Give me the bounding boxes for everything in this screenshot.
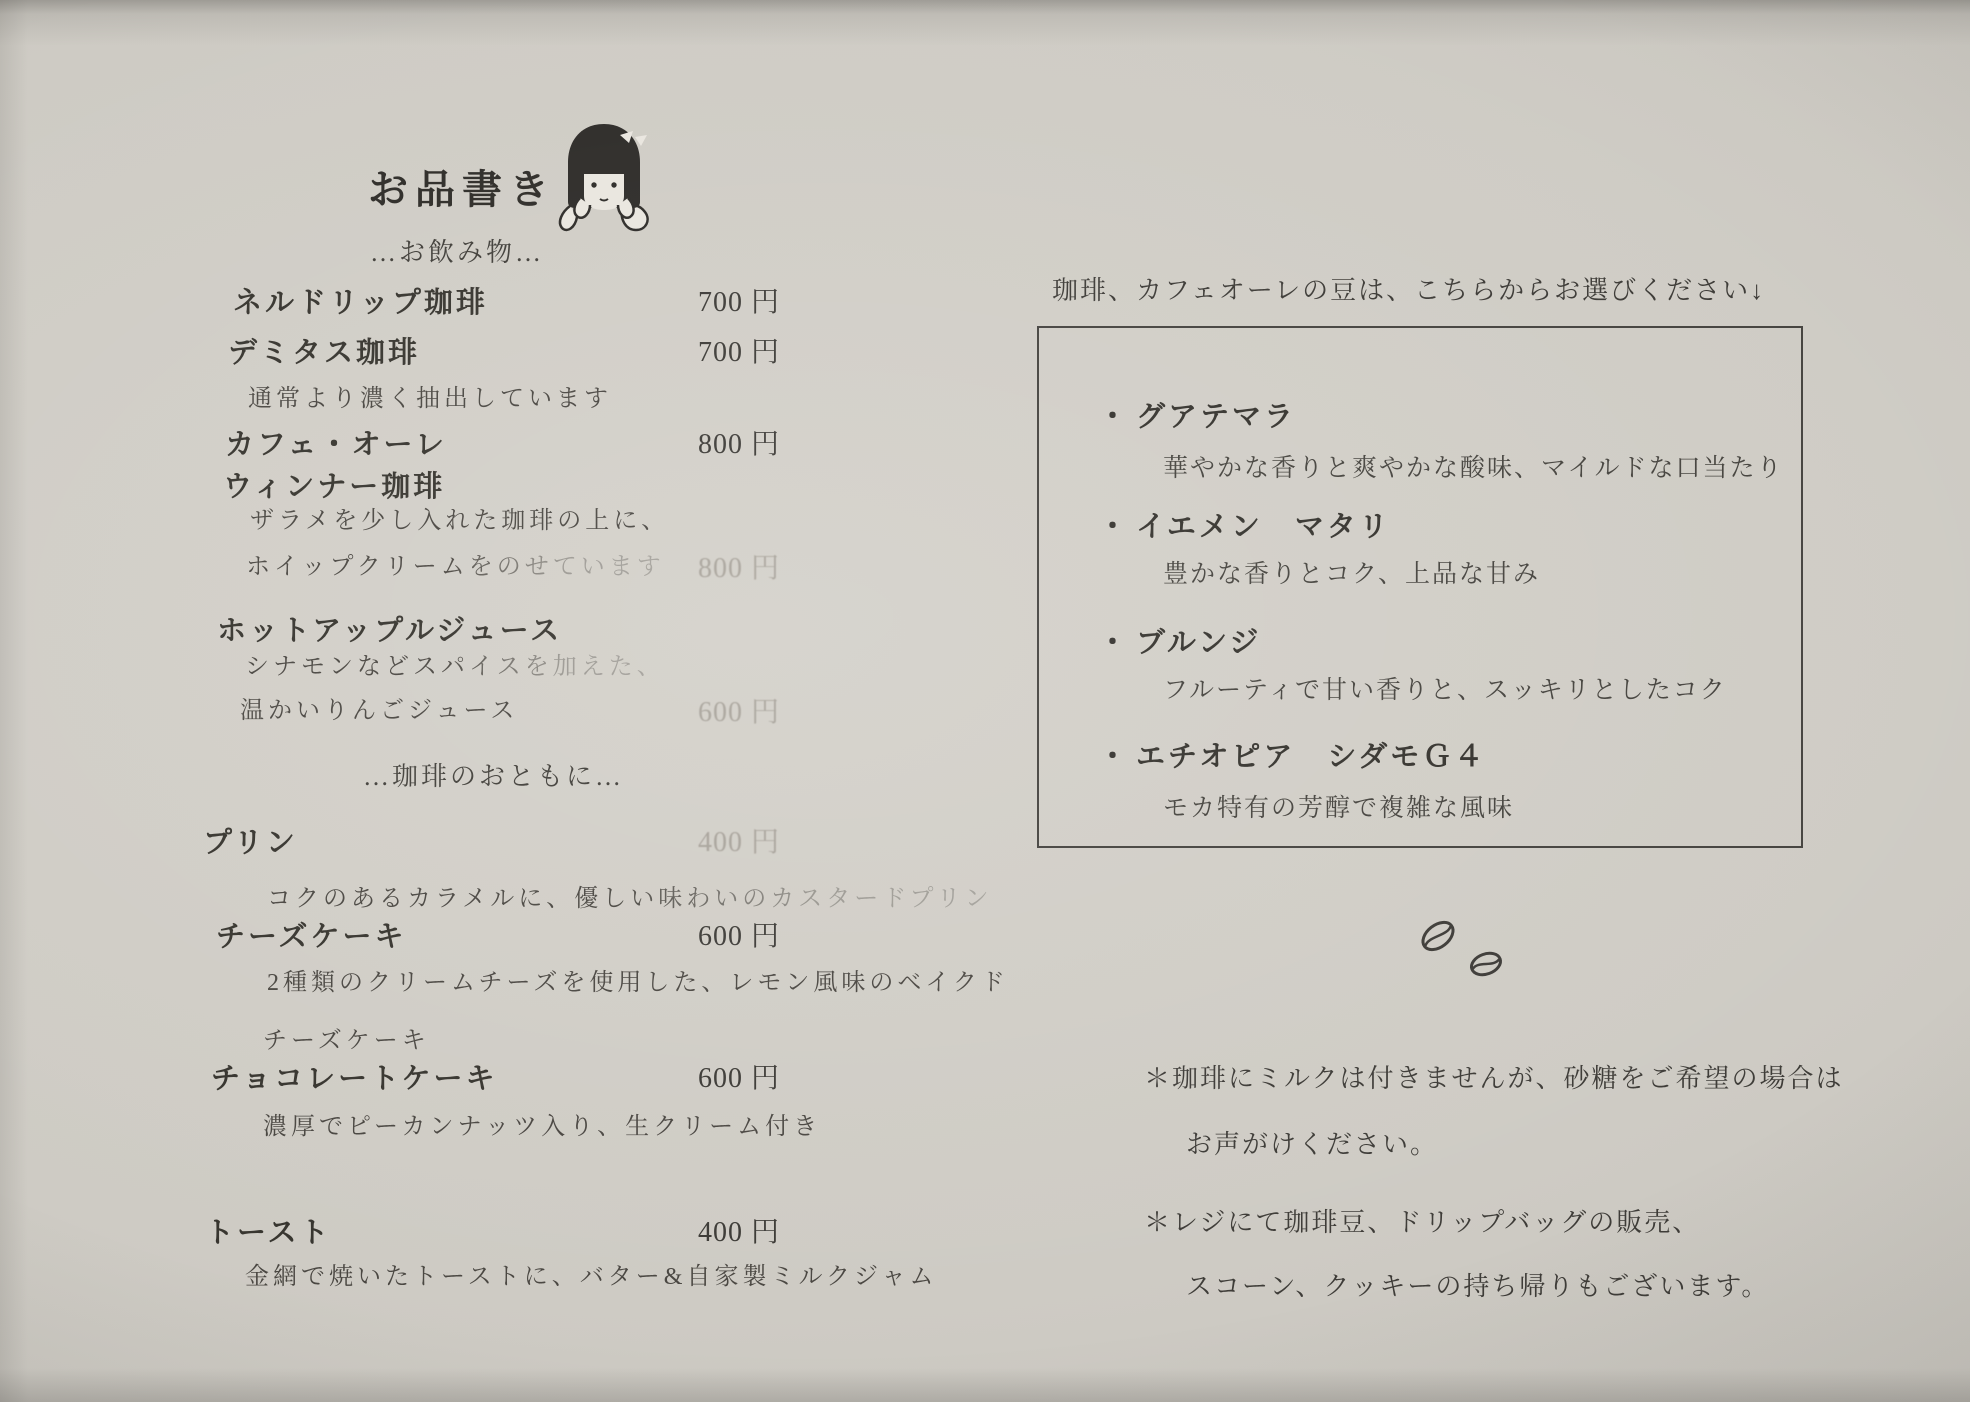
item-price: 700 円 — [636, 330, 780, 370]
menu-title: お品書き — [368, 158, 556, 215]
note-line: ＊レジにて珈琲豆、ドリップバッグの販売、 — [1144, 1202, 1700, 1239]
bean-name: ・グアテマラ — [1098, 394, 1296, 435]
bean-desc: 華やかな香りと爽やかな酸味、マイルドな口当たり — [1163, 448, 1784, 484]
item-name: ネルドリップ珈琲 — [233, 280, 488, 321]
item-desc: 通常より濃く抽出しています — [248, 378, 612, 413]
item-desc: 濃厚でピーカンナッツ入り、生クリーム付き — [263, 1106, 821, 1141]
bean-desc: 豊かな香りとコク、上品な甘み — [1163, 554, 1540, 590]
item-name: チョコレートケーキ — [211, 1056, 498, 1097]
note-line: お声がけください。 — [1186, 1124, 1438, 1161]
bean-desc: モカ特有の芳醇で複雑な風味 — [1163, 788, 1514, 824]
bean-name: ・エチオピア シダモＧ４ — [1098, 734, 1486, 775]
bean-name: ・イエメン マタリ — [1098, 504, 1391, 545]
menu-paper: お品書き …お飲み物… ネルドリップ珈琲 700 円 デミタス珈琲 700 円 … — [0, 0, 1970, 1402]
bean-selection-header: 珈琲、カフェオーレの豆は、こちらからお選びください↓ — [1052, 270, 1765, 307]
item-price: 400 円 — [636, 1210, 780, 1250]
note-line: スコーン、クッキーの持ち帰りもございます。 — [1186, 1266, 1769, 1303]
bullet-icon: ・ — [1098, 627, 1130, 659]
item-price-faint: 400 円 — [636, 820, 780, 860]
coffee-beans-icon — [1408, 912, 1518, 987]
item-name: デミタス珈琲 — [228, 330, 420, 371]
item-price-faint: 600 円 — [636, 690, 780, 730]
drinks-heading: …お飲み物… — [370, 232, 544, 269]
item-price: 800 円 — [636, 422, 780, 462]
item-name: ウィンナー珈琲 — [223, 464, 445, 505]
item-name: トースト — [205, 1210, 332, 1251]
item-desc: コクのあるカラメルに、優しい味わいのカスタードプリン — [267, 878, 993, 913]
item-desc: ホイップクリームをのせています — [246, 546, 665, 581]
note-line: ＊珈琲にミルクは付きませんが、砂糖をご希望の場合は — [1144, 1058, 1843, 1095]
item-price: 600 円 — [636, 914, 780, 954]
item-desc: 2種類のクリームチーズを使用した、レモン風味のベイクド — [267, 962, 1009, 997]
bean-desc: フルーティで甘い香りと、スッキリとしたコク — [1163, 670, 1727, 706]
bullet-icon: ・ — [1098, 401, 1130, 433]
sweets-heading: …珈琲のおともに… — [363, 756, 624, 793]
girl-face-illustration — [556, 120, 652, 235]
item-price: 600 円 — [636, 1056, 780, 1096]
item-desc: ザラメを少し入れた珈琲の上に、 — [250, 500, 669, 535]
item-name: ホットアップルジュース — [217, 608, 562, 649]
bullet-icon: ・ — [1098, 741, 1130, 773]
bean-name: ・ブルンジ — [1098, 620, 1261, 661]
item-desc: 温かいりんごジュース — [240, 690, 518, 725]
item-desc: 金網で焼いたトーストに、バター&自家製ミルクジャム — [245, 1256, 938, 1291]
item-name: プリン — [203, 820, 298, 861]
item-price: 700 円 — [636, 280, 780, 320]
item-desc: チーズケーキ — [263, 1020, 430, 1055]
bullet-icon: ・ — [1098, 511, 1130, 543]
item-desc: シナモンなどスパイスを加えた、 — [245, 646, 665, 681]
item-name: カフェ・オーレ — [225, 422, 447, 463]
item-name: チーズケーキ — [216, 914, 407, 955]
item-price-faint: 800 円 — [636, 546, 780, 586]
